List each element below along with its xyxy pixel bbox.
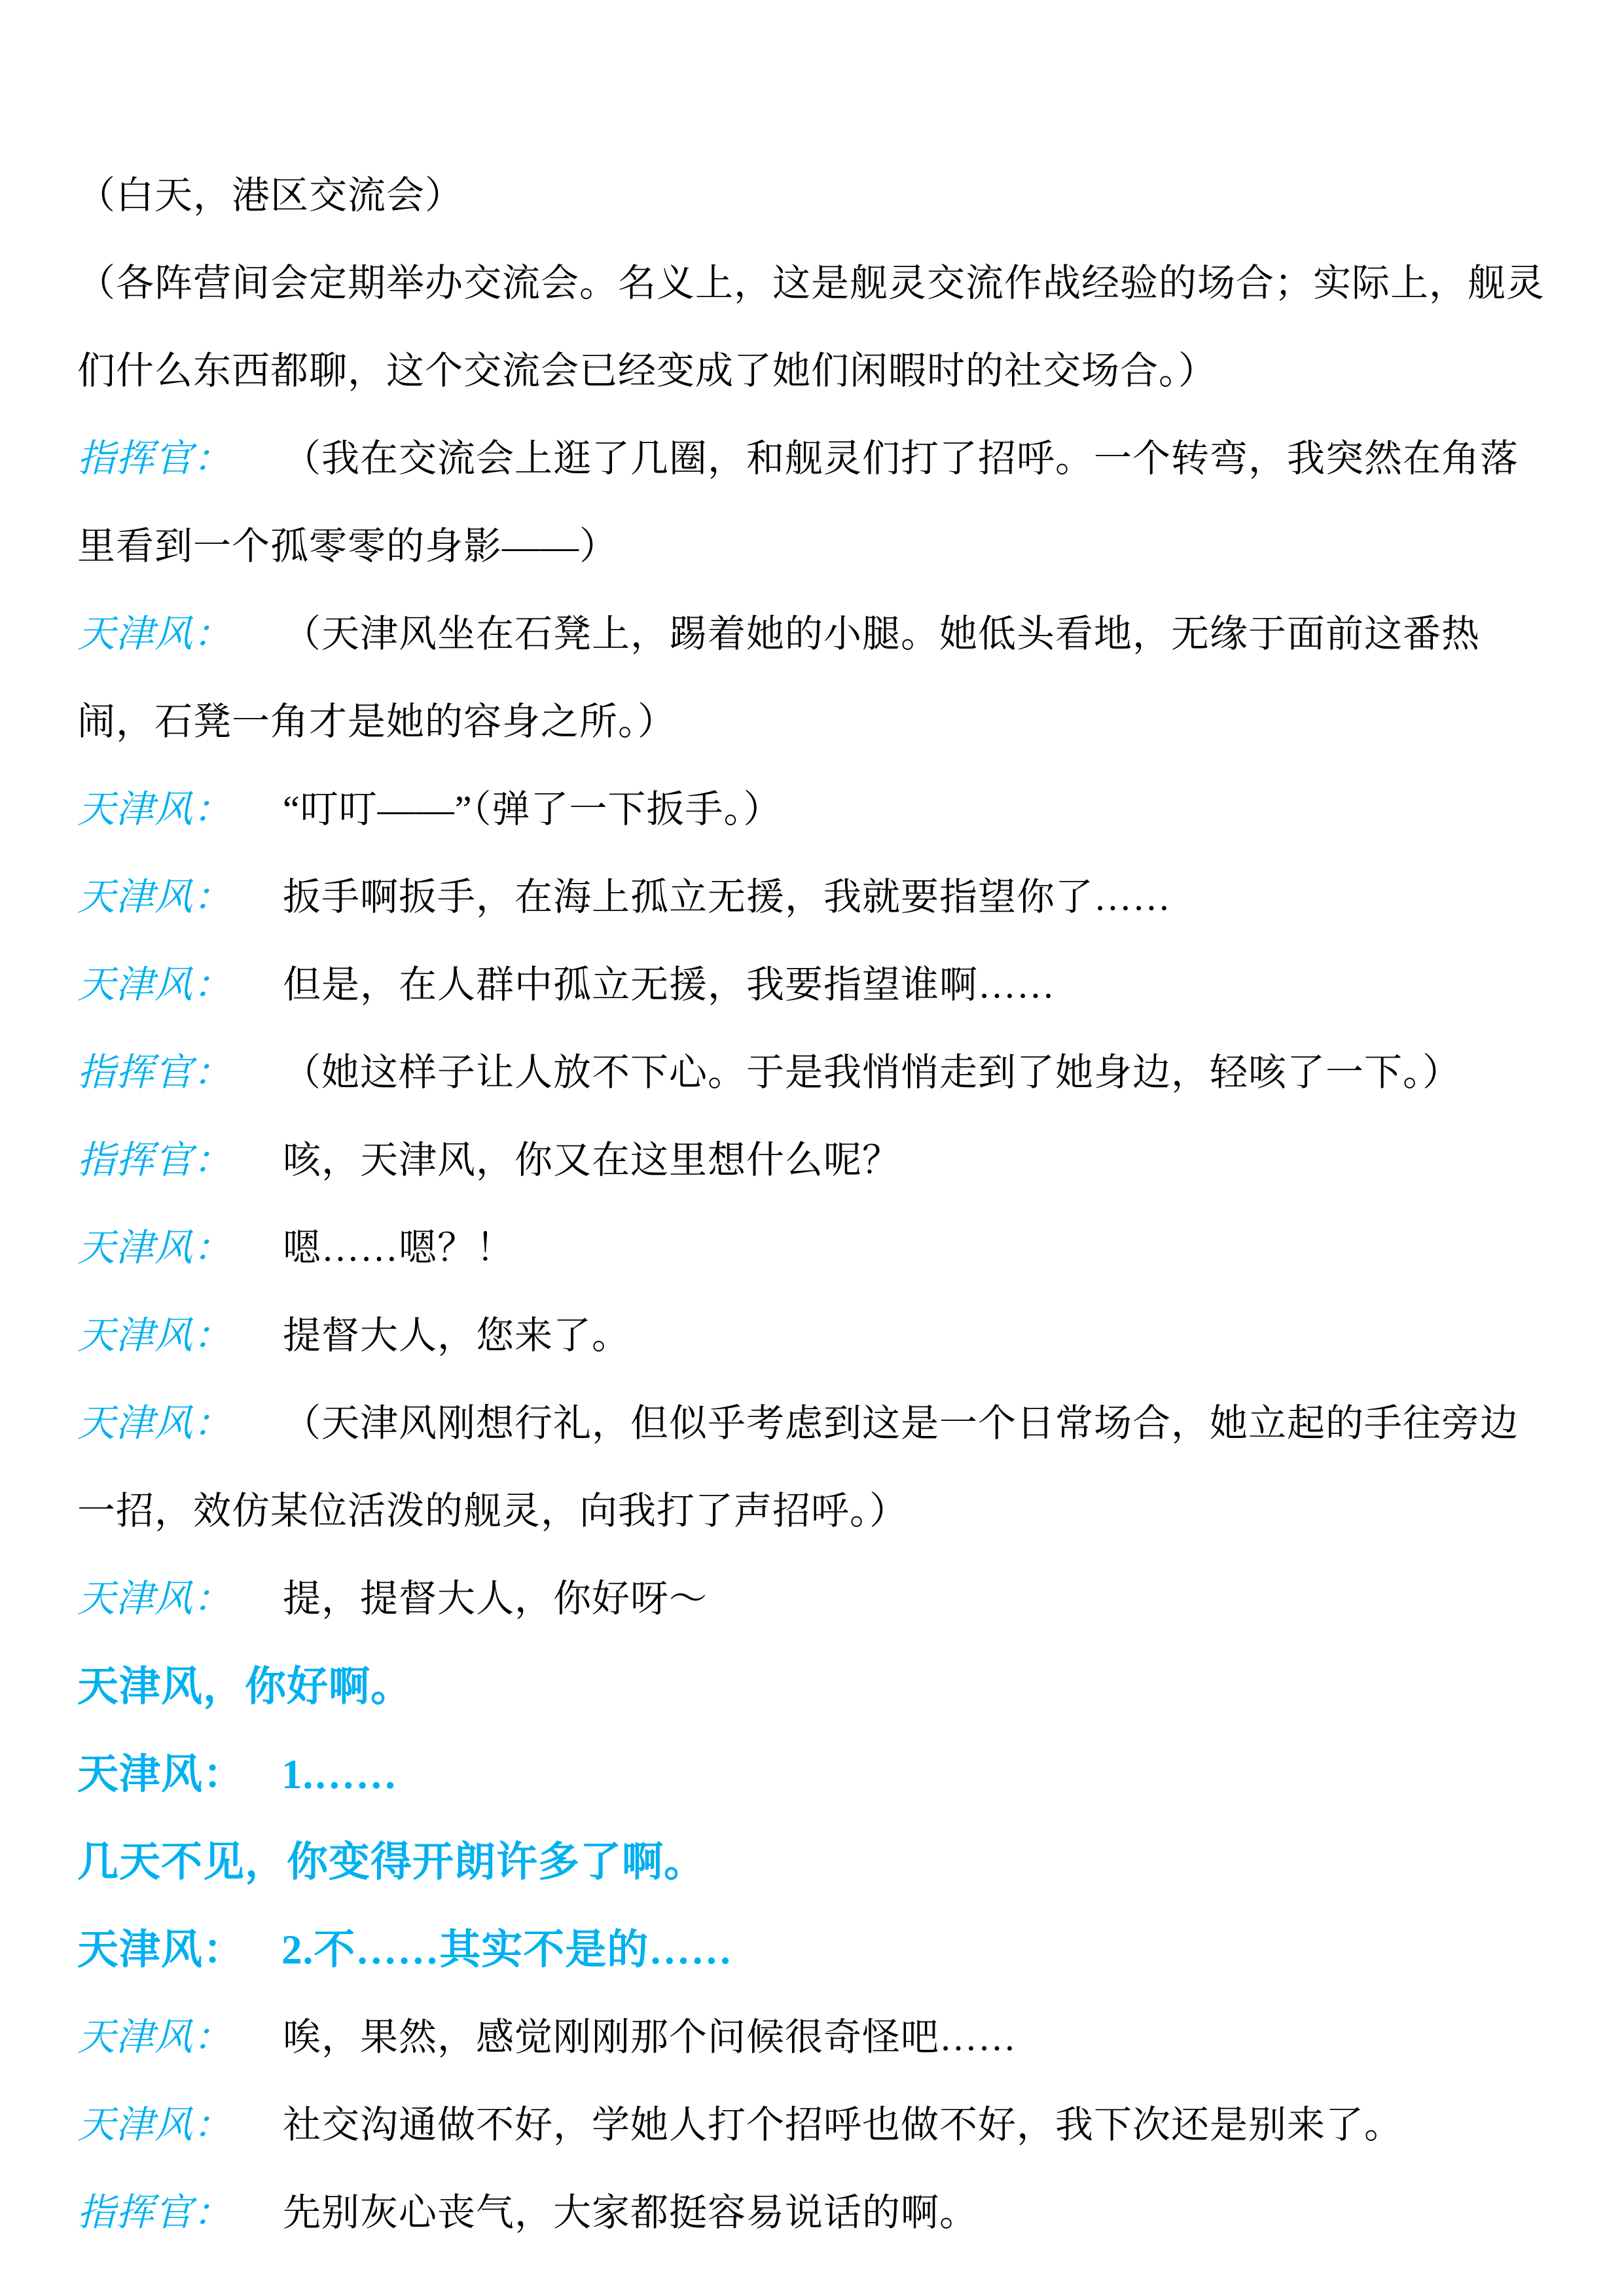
stage-direction: （各阵营间会定期举办交流会。名义上，这是舰灵交流作战经验的场合；实际上，舰灵们什…	[77, 240, 1552, 415]
dialogue-line: 天津风：扳手啊扳手，在海上孤立无援，我就要指望你了……	[77, 853, 1552, 941]
scene-heading: （白天，港区交流会）	[77, 152, 1552, 240]
script-content: （白天，港区交流会） （各阵营间会定期举办交流会。名义上，这是舰灵交流作战经验的…	[0, 0, 1624, 2257]
dialogue-line: 天津风：（天津风坐在石凳上，踢着她的小腿。她低头看地，无缘于面前这番热闹，石凳一…	[77, 590, 1552, 766]
dialogue-text: 提督大人，您来了。	[283, 1314, 630, 1357]
dialogue-text: “叮叮——”（弹了一下扳手。）	[283, 788, 782, 831]
speaker-label: 天津风：	[77, 788, 232, 831]
stage-direction-text: （各阵营间会定期举办交流会。名义上，这是舰灵交流作战经验的场合；实际上，舰灵们什…	[77, 262, 1545, 392]
dialogue-text: （天津风坐在石凳上，踢着她的小腿。她低头看地，无缘于面前这番热闹，石凳一角才是她…	[77, 613, 1480, 743]
choice-option-speaker: 天津风：	[77, 1751, 245, 1797]
speaker-label: 天津风：	[77, 876, 232, 918]
dialogue-line: 天津风：社交沟通做不好，学她人打个招呼也做不好，我下次还是别来了。	[77, 2081, 1552, 2169]
speaker-label: 天津风：	[77, 2016, 232, 2058]
choice-option-line: 天津风：2.不……其实不是的……	[77, 1906, 1552, 1994]
dialogue-line: 天津风：嗯……嗯？！	[77, 1204, 1552, 1292]
dialogue-text: （天津风刚想行礼，但似乎考虑到这是一个日常场合，她立起的手往旁边一招，效仿某位活…	[77, 1402, 1519, 1532]
dialogue-line: 天津风：（天津风刚想行礼，但似乎考虑到这是一个日常场合，她立起的手往旁边一招，效…	[77, 1380, 1552, 1555]
speaker-label: 天津风：	[77, 1314, 232, 1357]
dialogue-text: 但是，在人群中孤立无援，我要指望谁啊……	[283, 963, 1055, 1006]
dialogue-line: 指挥官：咳，天津风，你又在这里想什么呢？	[77, 1117, 1552, 1204]
choice-prompt-text: 天津风，你好啊。	[77, 1664, 412, 1710]
speaker-label: 天津风：	[77, 1402, 232, 1444]
speaker-label: 天津风：	[77, 613, 232, 655]
speaker-label: 指挥官：	[77, 2191, 232, 2234]
choice-option-speaker: 天津风：	[77, 1927, 245, 1973]
choice-prompt-text: 几天不见，你变得开朗许多了啊。	[77, 1839, 706, 1885]
dialogue-text: 社交沟通做不好，学她人打个招呼也做不好，我下次还是别来了。	[283, 2104, 1403, 2146]
dialogue-text: 提，提督大人，你好呀～	[283, 1577, 708, 1620]
choice-prompt: 天津风，你好啊。	[77, 1643, 1552, 1731]
speaker-label: 天津风：	[77, 2104, 232, 2146]
dialogue-line: 天津风：但是，在人群中孤立无援，我要指望谁啊……	[77, 941, 1552, 1029]
dialogue-text: 扳手啊扳手，在海上孤立无援，我就要指望你了……	[283, 876, 1171, 918]
dialogue-line: 天津风：提，提督大人，你好呀～	[77, 1555, 1552, 1643]
speaker-label: 指挥官：	[77, 437, 232, 480]
dialogue-text: （她这样子让人放不下心。于是我悄悄走到了她身边，轻咳了一下。）	[283, 1051, 1461, 1094]
choice-option-text: 2.不……其实不是的……	[281, 1927, 732, 1973]
speaker-label: 天津风：	[77, 1227, 232, 1269]
dialogue-line: 指挥官：（她这样子让人放不下心。于是我悄悄走到了她身边，轻咳了一下。）	[77, 1029, 1552, 1117]
speaker-label: 天津风：	[77, 963, 232, 1006]
dialogue-text: 唉，果然，感觉刚刚那个问候很奇怪吧……	[283, 2016, 1017, 2058]
dialogue-text: （我在交流会上逛了几圈，和舰灵们打了招呼。一个转弯，我突然在角落里看到一个孤零零…	[77, 437, 1519, 567]
dialogue-text: 嗯……嗯？！	[283, 1227, 514, 1269]
dialogue-text: 咳，天津风，你又在这里想什么呢？	[283, 1139, 901, 1181]
dialogue-line: 天津风：“叮叮——”（弹了一下扳手。）	[77, 766, 1552, 853]
dialogue-line: 天津风：唉，果然，感觉刚刚那个问候很奇怪吧……	[77, 1994, 1552, 2081]
choice-option-text: 1.……	[281, 1751, 397, 1797]
dialogue-line: 天津风：提督大人，您来了。	[77, 1292, 1552, 1380]
dialogue-line: 指挥官：（我在交流会上逛了几圈，和舰灵们打了招呼。一个转弯，我突然在角落里看到一…	[77, 415, 1552, 590]
speaker-label: 天津风：	[77, 1577, 232, 1620]
speaker-label: 指挥官：	[77, 1139, 232, 1181]
speaker-label: 指挥官：	[77, 1051, 232, 1094]
dialogue-line: 指挥官：先别灰心丧气，大家都挺容易说话的啊。	[77, 2169, 1552, 2257]
scene-heading-text: （白天，港区交流会）	[77, 174, 463, 217]
choice-option-line: 天津风：1.……	[77, 1731, 1552, 1818]
choice-prompt: 几天不见，你变得开朗许多了啊。	[77, 1818, 1552, 1906]
dialogue-text: 先别灰心丧气，大家都挺容易说话的啊。	[283, 2191, 978, 2234]
document-page: （白天，港区交流会） （各阵营间会定期举办交流会。名义上，这是舰灵交流作战经验的…	[0, 0, 1624, 2296]
